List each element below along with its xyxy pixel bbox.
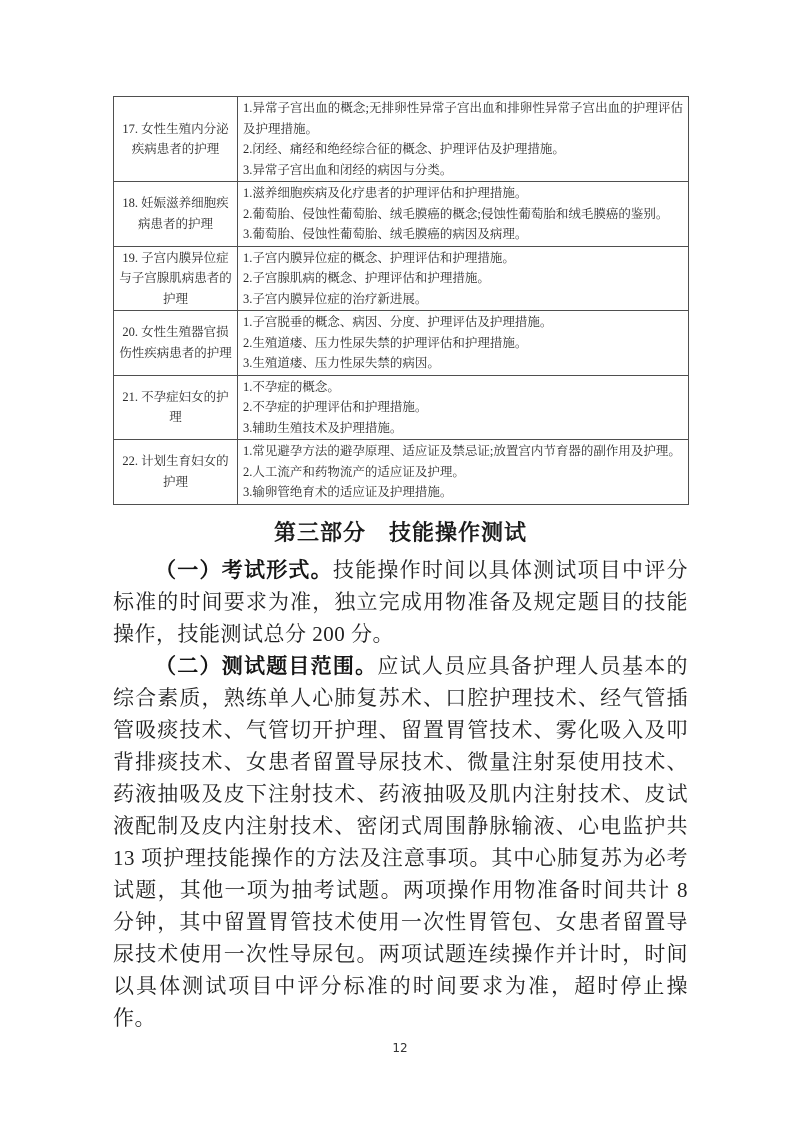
topic-cell: 22. 计划生育妇女的护理 <box>114 440 238 505</box>
detail-item: 1.子宫脱垂的概念、病因、分度、护理评估及护理措施。 <box>243 312 683 333</box>
detail-item: 3.异常子宫出血和闭经的病因与分类。 <box>243 160 683 181</box>
topic-cell: 21. 不孕症妇女的护理 <box>114 375 238 440</box>
details-cell: 1.子宫脱垂的概念、病因、分度、护理评估及护理措施。 2.生殖道瘘、压力性尿失禁… <box>238 311 689 376</box>
page-number: 12 <box>0 1041 800 1055</box>
detail-item: 1.子宫内膜异位症的概念、护理评估和护理措施。 <box>243 248 683 269</box>
detail-item: 2.不孕症的护理评估和护理措施。 <box>243 397 683 418</box>
detail-item: 1.滋养细胞疾病及化疗患者的护理评估和护理措施。 <box>243 183 683 204</box>
detail-item: 2.葡萄胎、侵蚀性葡萄胎、绒毛膜癌的概念;侵蚀性葡萄胎和绒毛膜癌的鉴别。 <box>243 204 683 225</box>
topic-cell: 17. 女性生殖内分泌疾病患者的护理 <box>114 97 238 182</box>
table-row: 22. 计划生育妇女的护理 1.常见避孕方法的避孕原理、适应证及禁忌证;放置宫内… <box>114 440 689 505</box>
table-row: 18. 妊娠滋养细胞疾病患者的护理 1.滋养细胞疾病及化疗患者的护理评估和护理措… <box>114 182 689 247</box>
detail-item: 2.子宫腺肌病的概念、护理评估和护理措施。 <box>243 268 683 289</box>
table-row: 21. 不孕症妇女的护理 1.不孕症的概念。 2.不孕症的护理评估和护理措施。 … <box>114 375 689 440</box>
detail-item: 3.输卵管绝育术的适应证及护理措施。 <box>243 482 683 503</box>
details-cell: 1.不孕症的概念。 2.不孕症的护理评估和护理措施。 3.辅助生殖技术及护理措施… <box>238 375 689 440</box>
detail-item: 3.辅助生殖技术及护理措施。 <box>243 418 683 439</box>
table-row: 20. 女性生殖器官损伤性疾病患者的护理 1.子宫脱垂的概念、病因、分度、护理评… <box>114 311 689 376</box>
detail-item: 2.人工流产和药物流产的适应证及护理。 <box>243 462 683 483</box>
table-row: 19. 子宫内膜异位症与子宫腺肌病患者的护理 1.子宫内膜异位症的概念、护理评估… <box>114 246 689 311</box>
details-cell: 1.子宫内膜异位症的概念、护理评估和护理措施。 2.子宫腺肌病的概念、护理评估和… <box>238 246 689 311</box>
paragraph-lead: （二）测试题目范围。 <box>155 654 377 678</box>
details-cell: 1.滋养细胞疾病及化疗患者的护理评估和护理措施。 2.葡萄胎、侵蚀性葡萄胎、绒毛… <box>238 182 689 247</box>
detail-item: 2.闭经、痛经和绝经综合征的概念、护理评估及护理措施。 <box>243 139 683 160</box>
body-text: （一）考试形式。技能操作时间以具体测试项目中评分标准的时间要求为准，独立完成用物… <box>113 554 688 1034</box>
topic-cell: 18. 妊娠滋养细胞疾病患者的护理 <box>114 182 238 247</box>
detail-item: 1.不孕症的概念。 <box>243 377 683 398</box>
topic-cell: 20. 女性生殖器官损伤性疾病患者的护理 <box>114 311 238 376</box>
syllabus-table: 17. 女性生殖内分泌疾病患者的护理 1.异常子宫出血的概念;无排卵性异常子宫出… <box>113 96 689 505</box>
detail-item: 3.生殖道瘘、压力性尿失禁的病因。 <box>243 353 683 374</box>
detail-item: 1.异常子宫出血的概念;无排卵性异常子宫出血和排卵性异常子宫出血的护理评估及护理… <box>243 98 683 139</box>
details-cell: 1.常见避孕方法的避孕原理、适应证及禁忌证;放置宫内节育器的副作用及护理。 2.… <box>238 440 689 505</box>
topic-cell: 19. 子宫内膜异位症与子宫腺肌病患者的护理 <box>114 246 238 311</box>
paragraph-lead: （一）考试形式。 <box>155 558 333 582</box>
section-title: 第三部分 技能操作测试 <box>113 518 688 548</box>
detail-item: 3.子宫内膜异位症的治疗新进展。 <box>243 289 683 310</box>
document-page: 17. 女性生殖内分泌疾病患者的护理 1.异常子宫出血的概念;无排卵性异常子宫出… <box>0 0 800 1132</box>
detail-item: 3.葡萄胎、侵蚀性葡萄胎、绒毛膜癌的病因及病理。 <box>243 224 683 245</box>
details-cell: 1.异常子宫出血的概念;无排卵性异常子宫出血和排卵性异常子宫出血的护理评估及护理… <box>238 97 689 182</box>
paragraph-exam-format: （一）考试形式。技能操作时间以具体测试项目中评分标准的时间要求为准，独立完成用物… <box>113 554 688 650</box>
detail-item: 2.生殖道瘘、压力性尿失禁的护理评估和护理措施。 <box>243 333 683 354</box>
table-row: 17. 女性生殖内分泌疾病患者的护理 1.异常子宫出血的概念;无排卵性异常子宫出… <box>114 97 689 182</box>
detail-item: 1.常见避孕方法的避孕原理、适应证及禁忌证;放置宫内节育器的副作用及护理。 <box>243 441 683 462</box>
paragraph-body: 应试人员应具备护理人员基本的综合素质，熟练单人心肺复苏术、口腔护理技术、经气管插… <box>113 654 688 1030</box>
page-content: 17. 女性生殖内分泌疾病患者的护理 1.异常子宫出血的概念;无排卵性异常子宫出… <box>113 96 688 1034</box>
paragraph-test-scope: （二）测试题目范围。应试人员应具备护理人员基本的综合素质，熟练单人心肺复苏术、口… <box>113 650 688 1034</box>
